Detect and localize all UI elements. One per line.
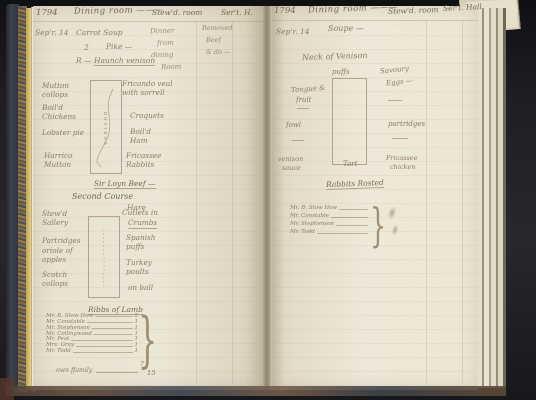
column-rule	[426, 20, 427, 384]
dish-fowl: fowl	[286, 121, 301, 129]
dish-harrico-mutton: Harrico Mutton	[44, 151, 90, 169]
dish-fricando-veal: Fricando veal with sorrell	[122, 79, 178, 97]
tally-dash	[292, 140, 304, 141]
guest-list-left: Mr. B. Stow How2 Mr. Constable1 Mr. Step…	[46, 313, 138, 354]
dish-partridges-right: partridges	[388, 120, 425, 128]
dish-cutlets-in: Cutlets in	[122, 209, 158, 218]
book-gutter	[263, 6, 272, 390]
table-flourish	[89, 217, 119, 297]
dish-pike: Pike —	[106, 42, 132, 51]
tally-dash	[96, 372, 138, 373]
column-rule	[232, 21, 233, 385]
dish-haunch-venison: Haunch venison	[94, 56, 155, 66]
tally-dash	[336, 225, 368, 226]
header-rule-left	[33, 21, 263, 22]
dish-rabbits-rosted: Rabbits Rosted	[326, 178, 384, 190]
dish-soup-right: Soupe —	[328, 24, 364, 34]
dish-oriole-of-apples: oriole of apples	[42, 246, 84, 264]
tally-dash	[297, 108, 309, 109]
manuscript-photo: 1794 Dining room ——— Stew'd. room Ser't.…	[0, 0, 536, 400]
dish-fricassee-chicken: chicken	[390, 164, 416, 172]
tally-dash	[87, 322, 132, 323]
second-course-table-plan	[88, 216, 120, 298]
note-room: Room	[161, 63, 182, 72]
dish-boiled-chickens: Boil'd Chickens	[42, 103, 88, 121]
column-rule	[196, 21, 197, 385]
leather-corner	[0, 378, 14, 400]
family-count: 7	[140, 361, 144, 368]
dish-carrot-soup: Carrot Soup	[76, 28, 123, 37]
right-page-table-plan	[332, 78, 367, 165]
dish-lobster-pie: Lobster pie	[42, 128, 88, 137]
note-from: from	[157, 39, 174, 48]
note-removed-do: & do —	[206, 49, 231, 57]
dish-puffs: puffs	[332, 68, 350, 76]
dish-tart: Tart	[343, 160, 357, 168]
guest-row: Mr. Constable	[290, 211, 368, 219]
guest-row: Mr. Todd	[290, 227, 368, 235]
year-left: 1794	[36, 8, 58, 18]
total-count: 15	[147, 369, 156, 377]
tally-dash	[76, 346, 133, 347]
note-dining: dining	[151, 51, 174, 60]
dish-venison-sauce-2: sauce	[282, 165, 301, 173]
dish-spanish-puffs: Spanish puffs	[126, 233, 166, 251]
dish-boiled-ham: Boil'd Ham	[130, 127, 164, 145]
book-bottom-marbled-band	[6, 386, 506, 396]
date-left: Sep'r. 14	[35, 28, 69, 37]
tally-dash	[331, 217, 368, 218]
date-right: Sep'r. 14	[276, 27, 310, 36]
servants-hall-label-left: Ser't. H.	[221, 8, 253, 17]
dish-mutton-collops: Mutton collops	[42, 81, 88, 99]
dish-sirloin-beef: Sir Loyn Beef —	[94, 179, 156, 189]
dish-fruit: fruit	[296, 96, 312, 104]
dish-on-ball: on ball	[128, 284, 153, 293]
own-family-label: own ffamily	[56, 367, 92, 374]
guest-list-right: Mr. B. Stow How Mr. Constable Mr. Stephe…	[290, 203, 368, 235]
guest-row: Mr. Todd1	[46, 348, 138, 354]
page-stack-shadow	[503, 8, 506, 388]
tally-dash	[94, 334, 133, 335]
first-course-table-plan: venison	[90, 80, 122, 174]
note-removed-beef: Beef	[206, 37, 221, 45]
header-rule-right	[272, 20, 478, 21]
tally-dash	[71, 340, 132, 341]
dish-partridges: Partridges	[42, 236, 88, 245]
tally-dash	[317, 233, 368, 234]
tally-dash	[388, 100, 402, 101]
dish-turkey-poults: Turkey poults	[126, 258, 164, 276]
guest-name: Mr. Constable	[290, 213, 329, 219]
dish-fricassee: Fricassee	[386, 155, 418, 163]
stewards-room-label-right: Stew'd. room	[388, 5, 439, 16]
dish-haunch-prefix: R —	[76, 56, 92, 65]
dish-stewed-sallery: Stew'd Sallery	[42, 209, 86, 227]
guest-row: Mr. Stephenson	[290, 219, 368, 227]
tally-dash	[95, 316, 132, 317]
guest-row: Mr. B. Stow How	[290, 203, 368, 211]
tally-dash	[73, 352, 133, 353]
note-dinner: Dinner	[150, 27, 175, 36]
tally-dash	[92, 328, 133, 329]
tally-brace-right: }	[370, 202, 386, 248]
guest-name: Mr. Stephenson	[290, 221, 334, 227]
page-title-left: Dining room ———	[74, 5, 164, 17]
guest-name: Mr. Todd	[290, 229, 315, 235]
column-rule	[462, 20, 463, 384]
tally-dash	[392, 138, 408, 139]
guest-name: Mr. B. Stow How	[290, 205, 337, 211]
dish-crumbs: Crumbs	[128, 219, 157, 229]
dish-scotch-collops: Scotch collops	[42, 270, 82, 288]
dish-croquets: Croquets	[130, 111, 186, 120]
dish-fricassee-rabbits: Fricassee Rabbits	[126, 151, 170, 169]
note-removed: Removed	[202, 25, 233, 33]
dish-pike-qty: 2	[84, 43, 89, 52]
tally-dash	[339, 209, 368, 210]
guest-name: Mr. Todd	[46, 348, 71, 354]
centerpiece-venison: venison	[91, 89, 121, 165]
stewards-room-label-left: Stew'd. room	[152, 8, 202, 17]
second-course-heading: Second Course	[72, 192, 133, 202]
year-right: 1794	[274, 6, 296, 16]
dish-venison-sauce-1: venison	[278, 156, 303, 164]
